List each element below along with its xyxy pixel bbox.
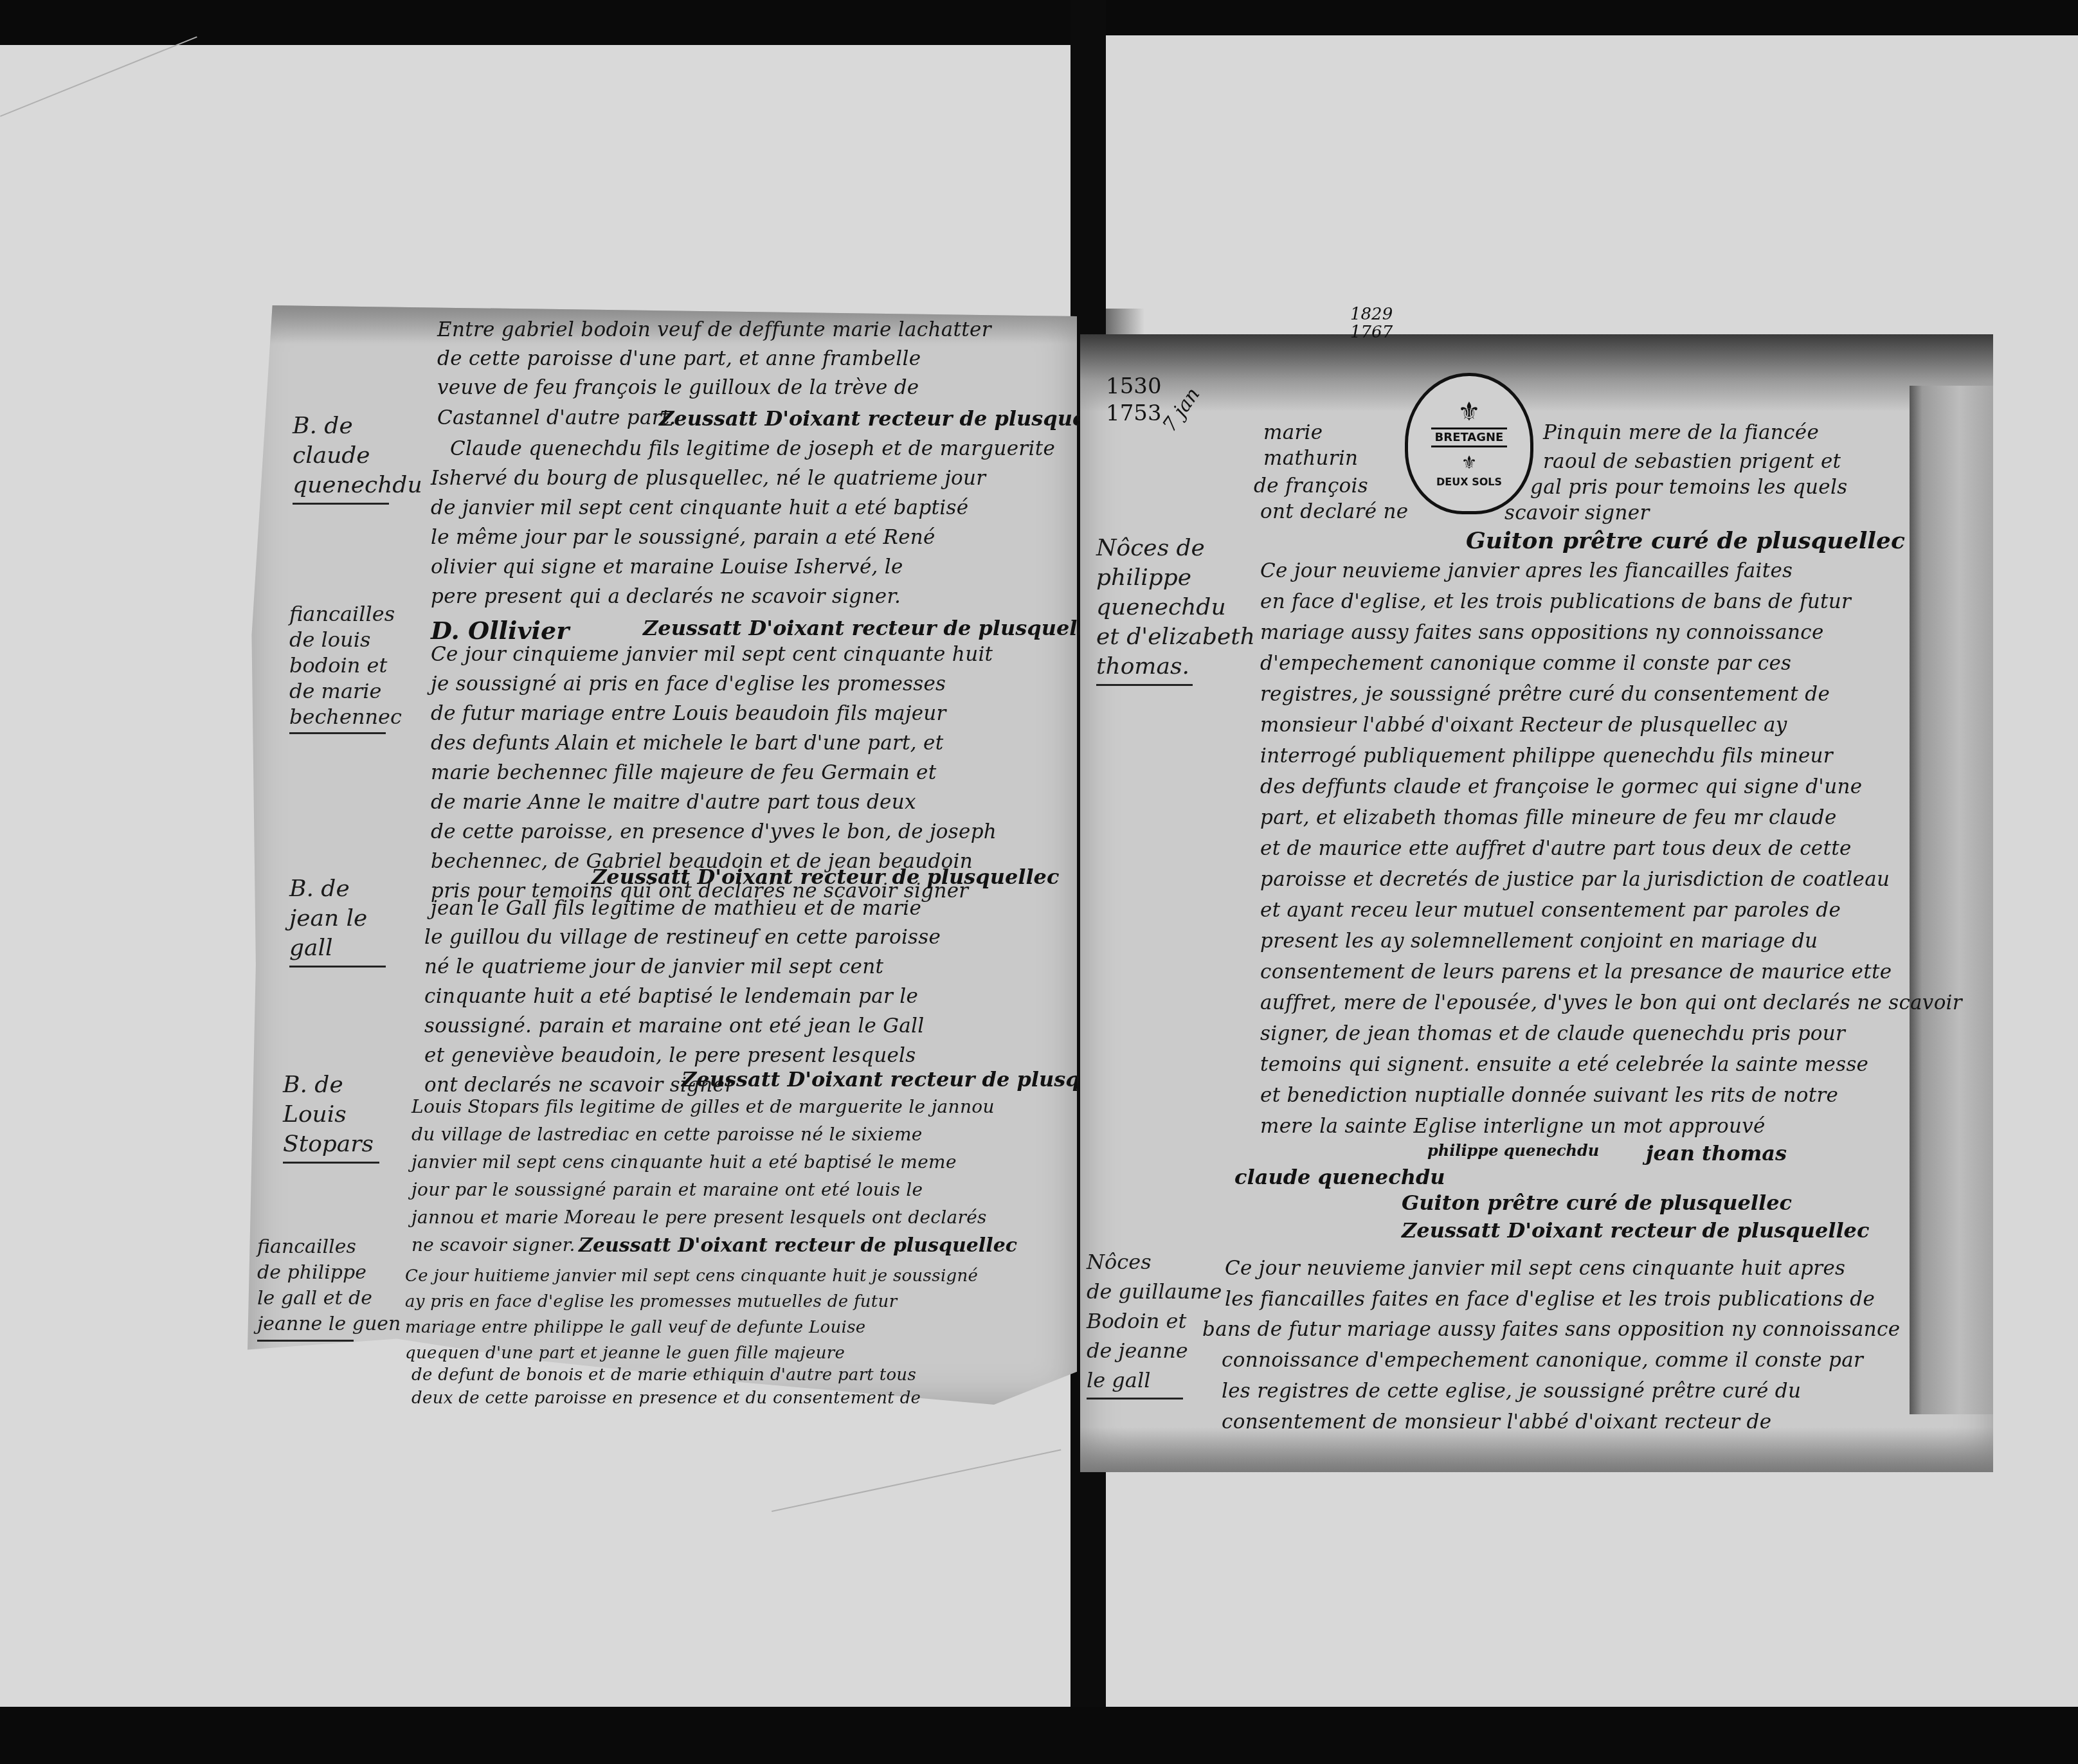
text-line: ay pris en face d'eglise les promesses m…	[405, 1292, 897, 1311]
text-line: de defunt de bonois et de marie ethiquin…	[411, 1365, 916, 1385]
stamp-label-deux-sols: DEUX SOLS	[1436, 476, 1502, 488]
text-line: connoissance d'empechement canonique, co…	[1222, 1349, 1863, 1372]
text-line: marie bechennec fille majeure de feu Ger…	[431, 761, 937, 784]
text-line: Ishervé du bourg de plusquellec, né le q…	[431, 467, 986, 490]
text-line: quequen d'une part et jeanne le guen fil…	[405, 1344, 845, 1363]
text-line: Claude quenechdu fils legitime de joseph…	[450, 437, 1055, 460]
text-line: je soussigné ai pris en face d'eglise le…	[431, 672, 946, 696]
text-line: temoins qui signent. ensuite a eté celeb…	[1260, 1053, 1868, 1076]
text-line: raoul de sebastien prigent et	[1543, 450, 1841, 473]
margin-note-bapteme-claude: B. de claude quenechdu	[293, 411, 422, 505]
text-line: Ce jour neuvieme janvier mil sept cens c…	[1225, 1257, 1845, 1280]
text-line: consentement de monsieur l'abbé d'oixant…	[1222, 1410, 1771, 1434]
text-line: pere present qui a declarés ne scavoir s…	[431, 585, 901, 608]
signature: D. Ollivier	[431, 616, 569, 645]
text-line: mathurin	[1263, 447, 1358, 470]
signature: Zeussatt D'oixant recteur de plusquellec	[682, 1067, 1149, 1092]
text-line: de cette paroisse, en presence d'yves le…	[431, 820, 997, 843]
text-line: auffret, mere de l'epousée, d'yves le bo…	[1260, 991, 1962, 1014]
fleur-de-lis-icon: ⚜	[1461, 450, 1477, 476]
text-line: cinquante huit a eté baptisé le lendemai…	[424, 985, 918, 1008]
scanner-band-bottom	[0, 1707, 2078, 1764]
text-line: Ce jour cinquieme janvier mil sept cent …	[431, 643, 993, 666]
text-line: veuve de feu françois le guilloux de la …	[437, 376, 919, 399]
text-line: scavoir signer	[1504, 501, 1650, 525]
text-line: interrogé publiquement philippe quenechd…	[1260, 744, 1833, 768]
text-line: marie	[1263, 421, 1323, 444]
text-line: du village de lastrediac en cette parois…	[411, 1124, 923, 1145]
text-line: janvier mil sept cens cinquante huit a e…	[411, 1151, 957, 1173]
tax-stamp: ⚜ BRETAGNE ⚜ DEUX SOLS	[1405, 373, 1533, 514]
text-line: de janvier mil sept cent cinquante huit …	[431, 496, 968, 519]
text-line: bans de futur mariage aussy faites sans …	[1202, 1318, 1900, 1341]
signature: Zeussatt D'oixant recteur de plusquellec	[1402, 1218, 1869, 1243]
text-line: des defunts Alain et michele le bart d'u…	[431, 732, 944, 755]
text-line: le guillou du village de restineuf en ce…	[424, 926, 941, 949]
text-line: jean le Gall fils legitime de mathieu et…	[431, 897, 921, 920]
text-line: et benediction nuptialle donnée suivant …	[1260, 1084, 1838, 1107]
text-line: mariage aussy faites sans oppositions ny…	[1260, 621, 1824, 644]
text-line: monsieur l'abbé d'oixant Recteur de plus…	[1260, 714, 1787, 737]
text-line: signer, de jean thomas et de claude quen…	[1260, 1022, 1845, 1045]
text-line: de françois	[1254, 474, 1368, 498]
text-line: part, et elizabeth thomas fille mineure …	[1260, 806, 1837, 829]
text-line: consentement de leurs parens et la presa…	[1260, 960, 1892, 984]
text-line: Louis Stopars fils legitime de gilles et…	[411, 1096, 995, 1117]
page-bottom-edge	[1080, 1427, 1993, 1472]
text-line: de futur mariage entre Louis beaudoin fi…	[431, 702, 946, 725]
signature: philippe quenechdu	[1427, 1141, 1599, 1160]
margin-note-noces-philippe: Nôces de philippe quenechdu et d'elizabe…	[1096, 534, 1255, 686]
margin-note-bapteme-louis: B. de Louis Stopars	[283, 1070, 379, 1164]
text-line: né le quatrieme jour de janvier mil sept…	[424, 955, 883, 978]
archive-numbers: 1530 1753	[1106, 373, 1162, 427]
text-line: de marie Anne le maitre d'autre part tou…	[431, 791, 916, 814]
text-line: ne scavoir signer.	[411, 1234, 575, 1255]
folio-numbers: 1829 1767	[1350, 305, 1393, 341]
text-line: jannou et marie Moreau le pere present l…	[411, 1207, 987, 1228]
text-line: present les ay solemnellement conjoint e…	[1260, 930, 1818, 953]
text-line: le même jour par le soussigné, parain a …	[431, 526, 935, 549]
text-line: gal pris pour temoins les quels	[1530, 476, 1847, 499]
text-line: Ce jour neuvieme janvier apres les fianc…	[1260, 559, 1793, 582]
text-line: Pinquin mere de la fiancée	[1543, 421, 1819, 444]
text-line: en face d'eglise, et les trois publicati…	[1260, 590, 1851, 613]
text-line: olivier qui signe et maraine Louise Ishe…	[431, 555, 903, 579]
margin-note-fiancailles-philippe: fiancailles de philippe le gall et de je…	[257, 1234, 401, 1342]
water-stain	[1080, 334, 1993, 411]
text-line: Ce jour huitieme janvier mil sept cens c…	[405, 1266, 978, 1286]
text-line: ont declaré ne	[1260, 500, 1408, 523]
text-line: les registres de cette eglise, je soussi…	[1222, 1380, 1801, 1403]
text-line: paroisse et decretés de justice par la j…	[1260, 868, 1890, 891]
margin-note-bapteme-jean: B. de jean le gall	[289, 874, 386, 968]
text-line: de cette paroisse d'une part, et anne fr…	[437, 347, 921, 370]
signature: jean thomas	[1646, 1141, 1787, 1165]
signature: claude quenechdu	[1234, 1165, 1445, 1189]
margin-note-fiancailles-louis: fiancailles de louis bodoin et de marie …	[289, 601, 402, 734]
signature: Zeussatt D'oixant recteur de plusquellec	[592, 865, 1059, 889]
signature: Zeussatt D'oixant recteur de plusquellec	[643, 616, 1110, 640]
text-line: des deffunts claude et françoise le gorm…	[1260, 775, 1862, 798]
text-line: soussigné. parain et maraine ont eté jea…	[424, 1014, 925, 1038]
signature: Guiton prêtre curé de plusquellec	[1402, 1191, 1792, 1215]
text-line: et geneviève beaudoin, le pere present l…	[424, 1044, 916, 1067]
fleur-de-lis-icon: ⚜	[1458, 399, 1481, 425]
signature: Zeussatt D'oixant recteur de plusquellec	[659, 406, 1126, 431]
text-line: les fiancailles faites en face d'eglise …	[1225, 1288, 1875, 1311]
text-line: registres, je soussigné prêtre curé du c…	[1260, 683, 1830, 706]
signature: Zeussatt D'oixant recteur de plusquellec	[579, 1234, 1017, 1257]
text-line: et de maurice ette auffret d'autre part …	[1260, 837, 1852, 860]
signature: Guiton prêtre curé de plusquellec	[1466, 527, 1905, 554]
page-edge-stack	[1910, 386, 1993, 1414]
text-line: jour par le soussigné parain et maraine …	[411, 1179, 923, 1200]
text-line: mere la sainte Eglise interligne un mot …	[1260, 1115, 1766, 1138]
margin-note-noces-guillaume: Nôces de guillaume Bodoin et de jeanne l…	[1087, 1247, 1222, 1399]
text-line: deux de cette paroisse en presence et du…	[411, 1389, 921, 1408]
text-line: Entre gabriel bodoin veuf de deffunte ma…	[437, 318, 991, 341]
stamp-label-bretagne: BRETAGNE	[1431, 428, 1508, 447]
text-line: mariage entre philippe le gall veuf de d…	[405, 1318, 866, 1337]
text-line: et ayant receu leur mutuel consentement …	[1260, 899, 1841, 922]
text-line: Castannel d'autre part.	[437, 406, 676, 429]
text-line: d'empechement canonique comme il conste …	[1260, 652, 1791, 675]
